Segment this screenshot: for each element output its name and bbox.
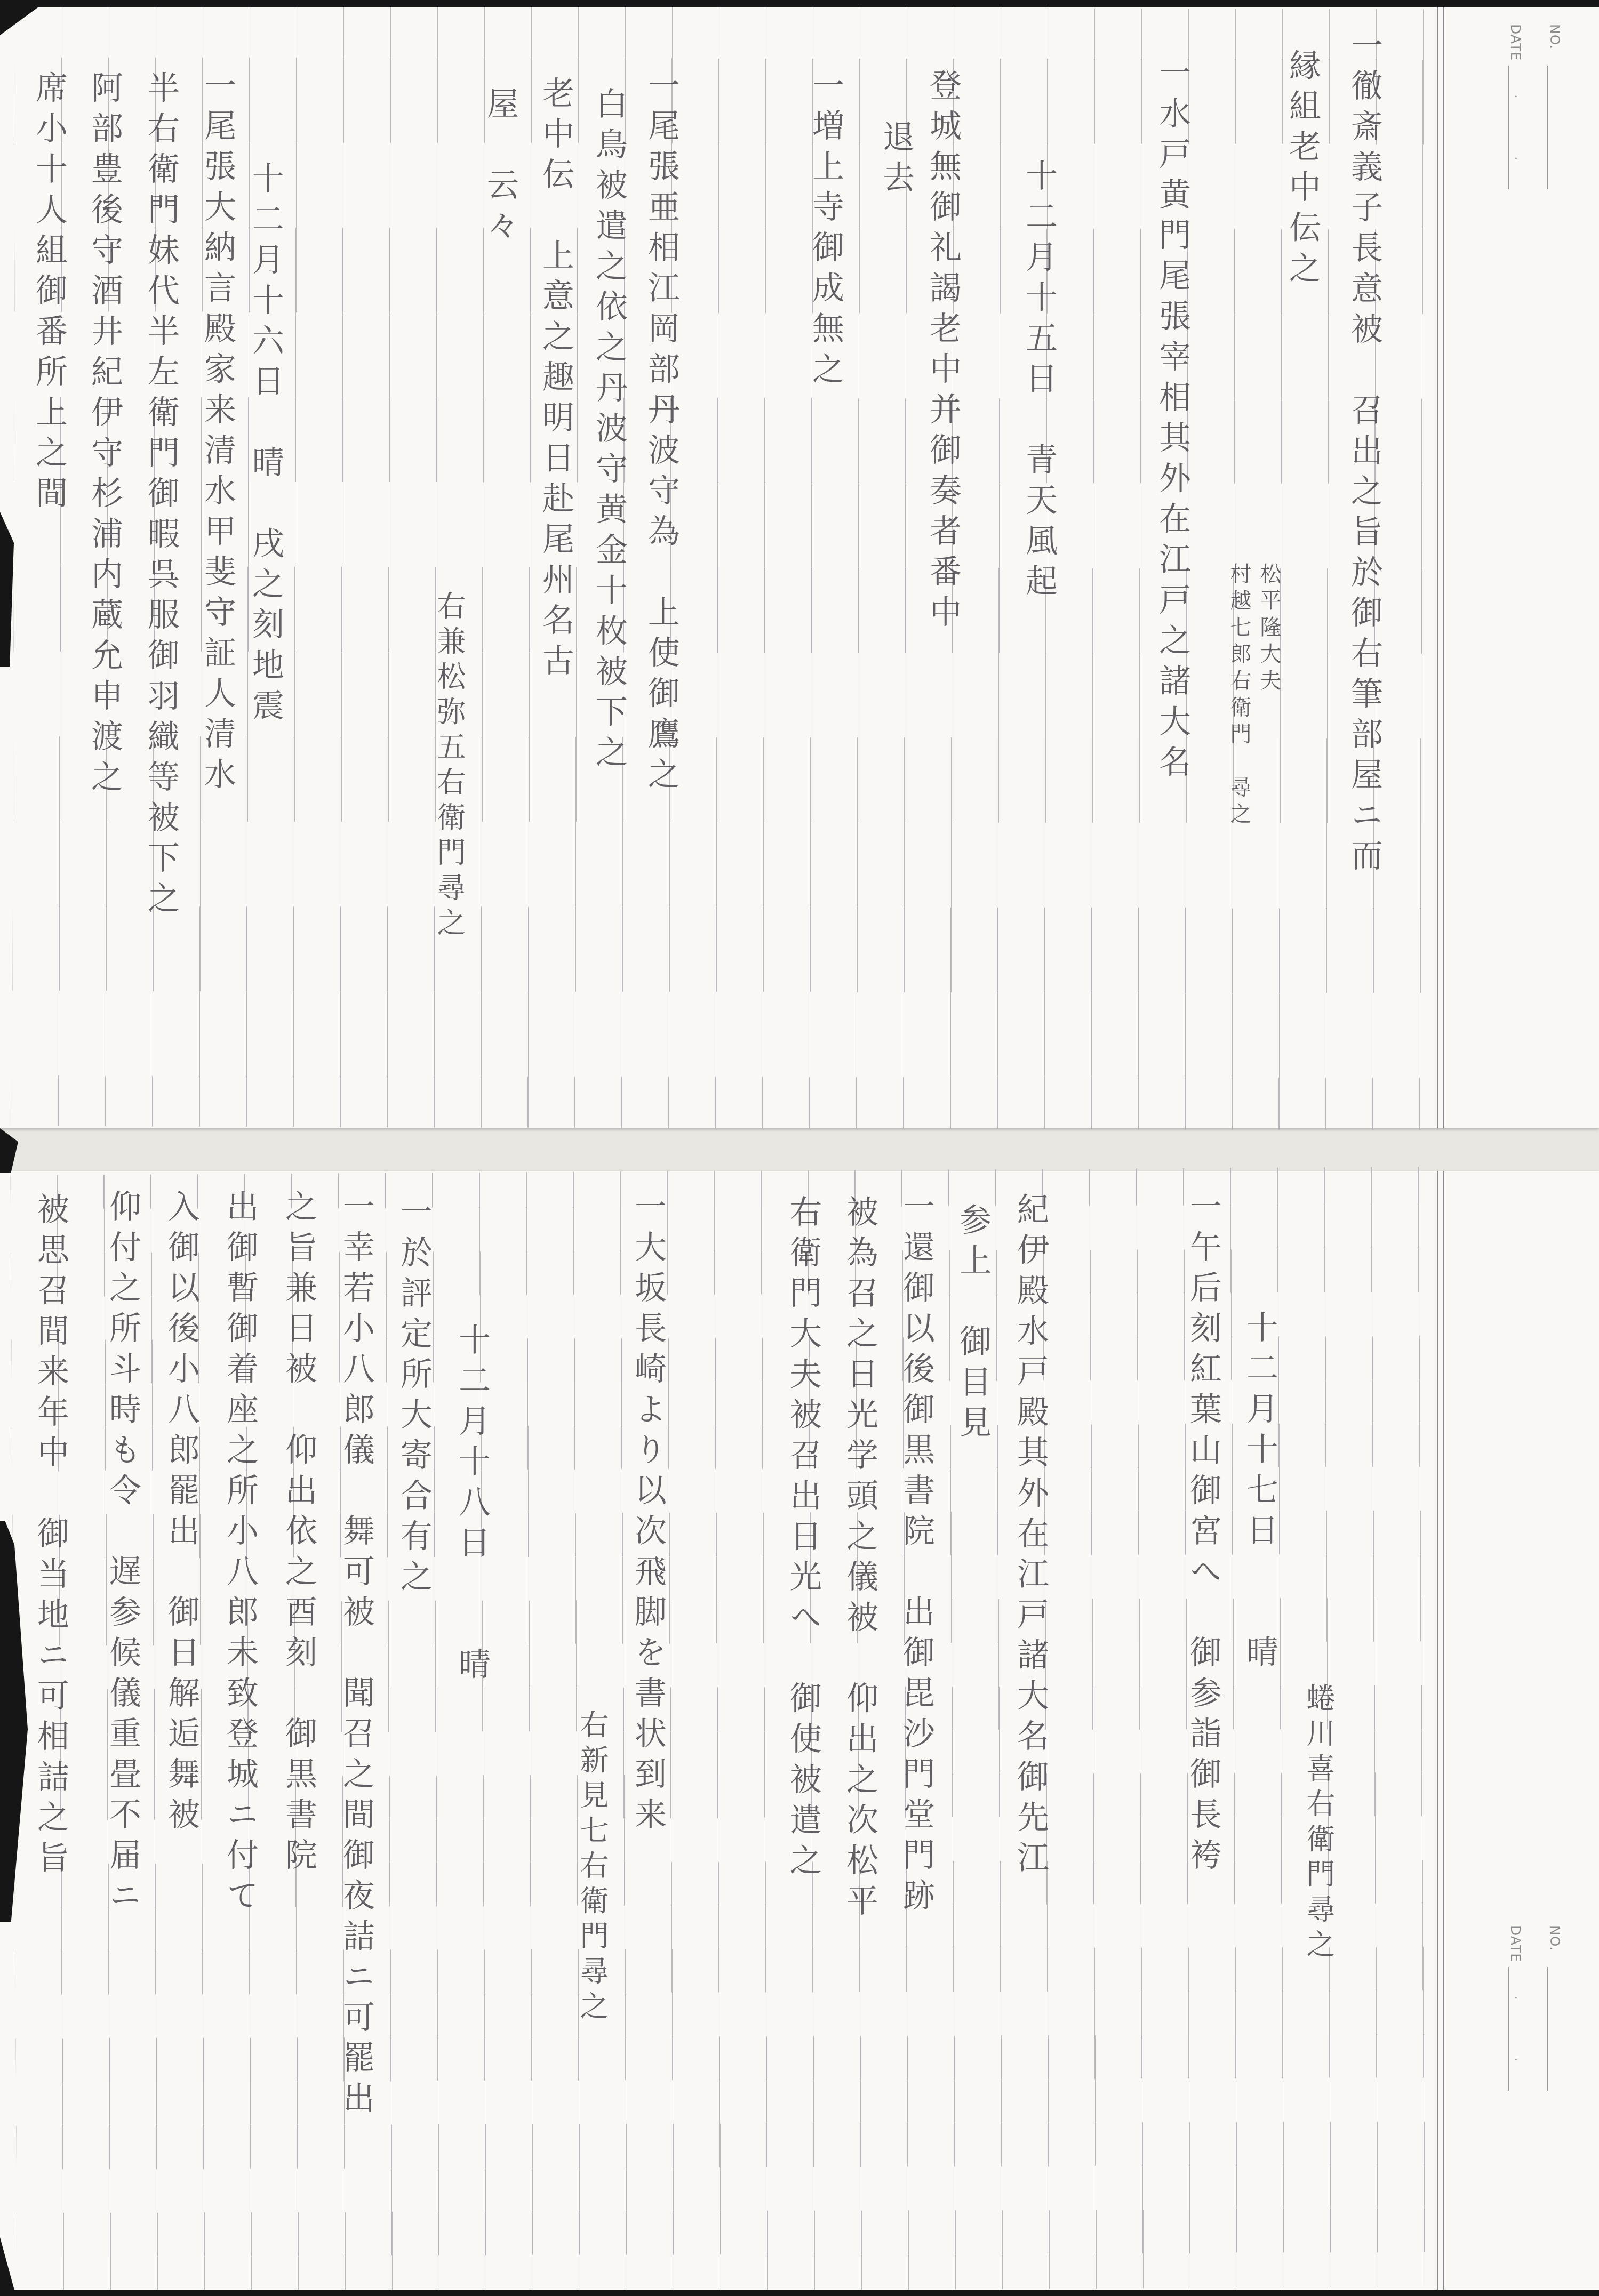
handwriting-column: 仰付之所斗時も令 遅参候儀重畳不届ニ <box>103 1190 142 1919</box>
handwriting-column: 被思召間来年中 御当地ニ可相詰之旨 <box>31 1192 70 1881</box>
no-date-box: NO. DATE ·· <box>1464 1925 1587 2091</box>
handwriting-column: 一尾張大納言殿家来清水甲斐守証人清水 <box>198 68 237 798</box>
handwriting-column: 被為召之日光学頭之儀被 仰出之次松平 <box>840 1195 880 1924</box>
binding-double-rule <box>1437 1171 1444 2291</box>
date-label: DATE <box>1508 24 1523 66</box>
handwriting-column: 阿部豊後守酒井紀伊守杉浦内蔵允申渡之 <box>85 71 124 800</box>
handwriting-column: 老中伝 上意之趣明日赴尾州名古 <box>536 76 575 684</box>
no-fill-line <box>1547 1967 1564 2091</box>
handwriting-column: 参上 御目見 <box>953 1203 993 1446</box>
handwriting-column: 十二月十五日 青天風起 <box>1019 159 1059 605</box>
handwriting-column: 一幸若小八郎儀 舞可被 聞召之間御夜詰ニ可罷出 <box>337 1190 376 2122</box>
no-date-box: NO. DATE ·· <box>1464 24 1587 189</box>
handwriting-column: 白鳥被遣之依之丹波守黄金十枚被下之 <box>589 87 629 776</box>
handwriting-column: 十二月十六日 晴 戌之刻地震 <box>246 162 285 729</box>
handwriting-column: 半右衛門妹代半左衛門御暇呉服御羽織等被下之 <box>141 71 181 922</box>
handwriting-column: 右衛門大夫被召出日光へ 御使被遣之 <box>783 1195 823 1884</box>
handwriting-column: 一於評定所大寄合有之 <box>394 1195 434 1600</box>
date-dot: · <box>1509 2058 1522 2062</box>
handwriting-column: 登城無御礼謁老中并御奏者番中 <box>923 68 963 636</box>
date-fill-line: ·· <box>1508 1967 1525 2091</box>
date-dot: · <box>1509 94 1522 99</box>
scan-artifact-top-edge <box>0 0 1599 7</box>
handwriting-column: 一尾張亜相江岡部丹波守為 上使御鷹之 <box>642 68 681 798</box>
handwriting-column: 松平隆大夫 村越七郎右衛門 尋之 <box>1224 563 1284 829</box>
handwriting-column: 一増上寺御成無之 <box>806 68 845 392</box>
handwriting-column: 一午后刻紅葉山御宮へ 御参詣御長袴 <box>1184 1190 1223 1878</box>
no-label: NO. <box>1547 1925 1563 1967</box>
handwriting-column: 蜷川喜右衛門尋之 <box>1299 1683 1338 1964</box>
no-label: NO. <box>1547 24 1563 66</box>
scan-artifact-gap-left <box>0 1128 18 1173</box>
notebook-page-2: NO. DATE ·· 蜷川喜右衛門尋之十二月十七日 晴一午后刻紅葉山御宮へ 御… <box>0 1171 1599 2291</box>
date-dot: · <box>1509 156 1522 160</box>
notebook-page-1: NO. DATE ·· 一徹斎義子長意被 召出之旨於御右筆部屋ニ而縁組老中伝之松… <box>0 7 1599 1128</box>
scan-artifact-bottom-edge <box>0 2290 1599 2296</box>
handwriting-column: 一水戸黄門尾張宰相其外在江戸之諸大名 <box>1153 56 1192 785</box>
handwriting-column: 入御以後小八郎罷出 御日解逅舞被 <box>162 1190 201 1838</box>
handwriting-column: 縁組老中伝之 <box>1283 49 1322 292</box>
handwriting-column: 紀伊殿水戸殿其外在江戸諸大名御先江 <box>1011 1192 1050 1881</box>
handwriting-column: 一還御以後御黒書院 出御毘沙門堂門跡 <box>897 1190 936 1919</box>
handwriting-column: 屋 云々 <box>481 87 520 249</box>
handwriting-column: 出御暫御着座之所小八郎未致登城ニ付て <box>220 1190 260 1919</box>
date-fill-line: ·· <box>1508 66 1525 189</box>
handwriting-column: 右新見七右衛門尋之 <box>572 1709 612 2026</box>
handwriting-column: 退去 <box>876 120 916 201</box>
no-fill-line <box>1547 66 1564 189</box>
handwriting-column: 一徹斎義子長意被 召出之旨於御右筆部屋ニ而 <box>1345 28 1384 879</box>
handwriting-column: 之旨兼日被 仰出依之酉刻 御黒書院 <box>279 1190 318 1878</box>
handwriting-column: 一大坂長崎より以次飛脚を書状到来 <box>628 1190 668 1838</box>
handwriting-column: 十二月十八日 晴 <box>452 1323 492 1688</box>
handwriting-column: 席小十人組御番所上之間 <box>29 71 69 517</box>
handwriting-column: 十二月十七日 晴 <box>1240 1311 1280 1675</box>
date-label: DATE <box>1508 1925 1523 1967</box>
binding-double-rule <box>1437 7 1444 1128</box>
date-dot: · <box>1509 1996 1522 2000</box>
handwriting-column: 右兼松弥五右衛門尋之 <box>429 591 469 943</box>
